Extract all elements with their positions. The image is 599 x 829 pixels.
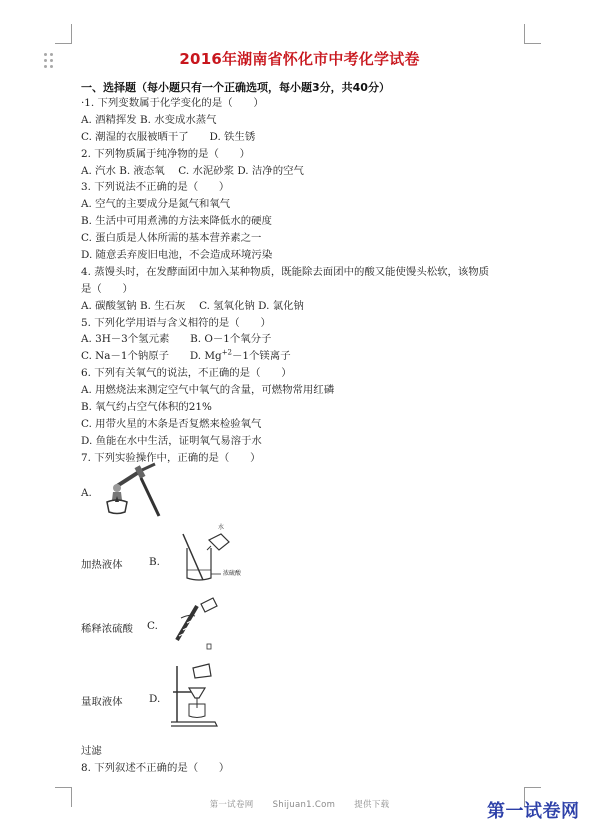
q5-options-cd: C. Na－1个钠原子 D. Mg+2－1个镁离子 bbox=[81, 348, 531, 365]
q3-stem: 3. 下列说法不正确的是（ ） bbox=[81, 179, 531, 196]
q3-option-b: B. 生活中可用煮沸的方法来降低水的硬度 bbox=[81, 213, 531, 230]
figure-heating-liquid bbox=[97, 458, 167, 518]
q5-option-d-suffix: －1个镁离子 bbox=[232, 350, 291, 362]
footer-provided: 提供下载 bbox=[354, 800, 389, 810]
q7-option-c-caption: 量取液体 bbox=[81, 693, 123, 708]
q5-stem: 5. 下列化学用语与含义相符的是（ ） bbox=[81, 315, 531, 332]
q8-stem: 8. 下列叙述不正确的是（ ） bbox=[81, 759, 229, 774]
figure-label-acid: 浓硫酸 bbox=[223, 568, 241, 577]
q6-option-c: C. 用带火星的木条是否复燃来检验氧气 bbox=[81, 416, 531, 433]
footer-site-name: 第一试卷网 bbox=[210, 800, 254, 810]
q6-option-a: A. 用燃烧法来测定空气中氧气的含量，可燃物常用红磷 bbox=[81, 382, 531, 399]
q4-options: A. 碳酸氢钠 B. 生石灰 C. 氢氧化钠 D. 氯化钠 bbox=[81, 298, 531, 315]
q7-option-d-label: D. bbox=[149, 693, 160, 705]
q1-options-ab: A. 酒精挥发 B. 水变成水蒸气 bbox=[81, 112, 531, 129]
q3-option-d: D. 随意丢弃废旧电池，不会造成环境污染 bbox=[81, 247, 531, 264]
q2-stem: 2. 下列物质属于纯净物的是（ ） bbox=[81, 146, 531, 163]
q7-option-b-label: B. bbox=[149, 556, 160, 568]
q1-stem: ·1. 下列变数属于化学变化的是（ ） bbox=[81, 95, 531, 112]
q2-options: A. 汽水 B. 液态氧 C. 水泥砂浆 D. 洁净的空气 bbox=[81, 163, 531, 180]
q6-option-d: D. 鱼能在水中生活，证明氧气易溶于水 bbox=[81, 433, 531, 450]
q5-options-ab: A. 3H－3个氢元素 B. O－1个氧分子 bbox=[81, 331, 531, 348]
q4-stem: 4. 蒸馒头时，在发酵面团中加入某种物质，既能除去面团中的酸又能使馒头松软，该物… bbox=[81, 264, 531, 281]
section-heading: 一、选择题（每小题只有一个正确选项，每小题3分，共40分） bbox=[81, 79, 390, 95]
q1-options-cd: C. 潮湿的衣服被晒干了 D. 铁生锈 bbox=[81, 129, 531, 146]
q6-stem: 6. 下列有关氧气的说法，不正确的是（ ） bbox=[81, 365, 531, 382]
q5-options-cd-text: C. Na－1个钠原子 D. Mg bbox=[81, 350, 222, 362]
document-title: 2016年湖南省怀化市中考化学试卷 bbox=[0, 48, 599, 69]
crop-mark-top-left bbox=[55, 24, 72, 44]
q6-option-b: B. 氧气约占空气体积的21% bbox=[81, 399, 531, 416]
footer-site-domain: Shijuan1.Com bbox=[273, 800, 336, 810]
q3-option-a: A. 空气的主要成分是氮气和氧气 bbox=[81, 196, 531, 213]
figure-dilute-acid: 水 浓硫酸 bbox=[173, 528, 253, 584]
figure-measure-liquid bbox=[169, 592, 229, 652]
q7-option-a-label: A. bbox=[81, 487, 92, 499]
q7-option-c-label: C. bbox=[147, 620, 158, 632]
document-page: 2016年湖南省怀化市中考化学试卷 一、选择题（每小题只有一个正确选项，每小题3… bbox=[0, 0, 599, 829]
q4-stem-cont: 是（ ） bbox=[81, 281, 531, 298]
figure-label-water: 水 bbox=[218, 522, 224, 531]
watermark-logo: 第一试卷网 bbox=[487, 797, 580, 823]
figure-filtration bbox=[171, 660, 221, 730]
question-lines: ·1. 下列变数属于化学变化的是（ ） A. 酒精挥发 B. 水变成水蒸气 C.… bbox=[81, 95, 531, 467]
q7-option-d-caption: 过滤 bbox=[81, 742, 102, 757]
mg-charge-superscript: +2 bbox=[222, 349, 232, 357]
q7-option-b-caption: 稀释浓硫酸 bbox=[81, 620, 133, 635]
q7-option-a-caption: 加热液体 bbox=[81, 556, 123, 571]
crop-mark-top-right bbox=[524, 24, 541, 44]
q3-option-c: C. 蛋白质是人体所需的基本营养素之一 bbox=[81, 230, 531, 247]
